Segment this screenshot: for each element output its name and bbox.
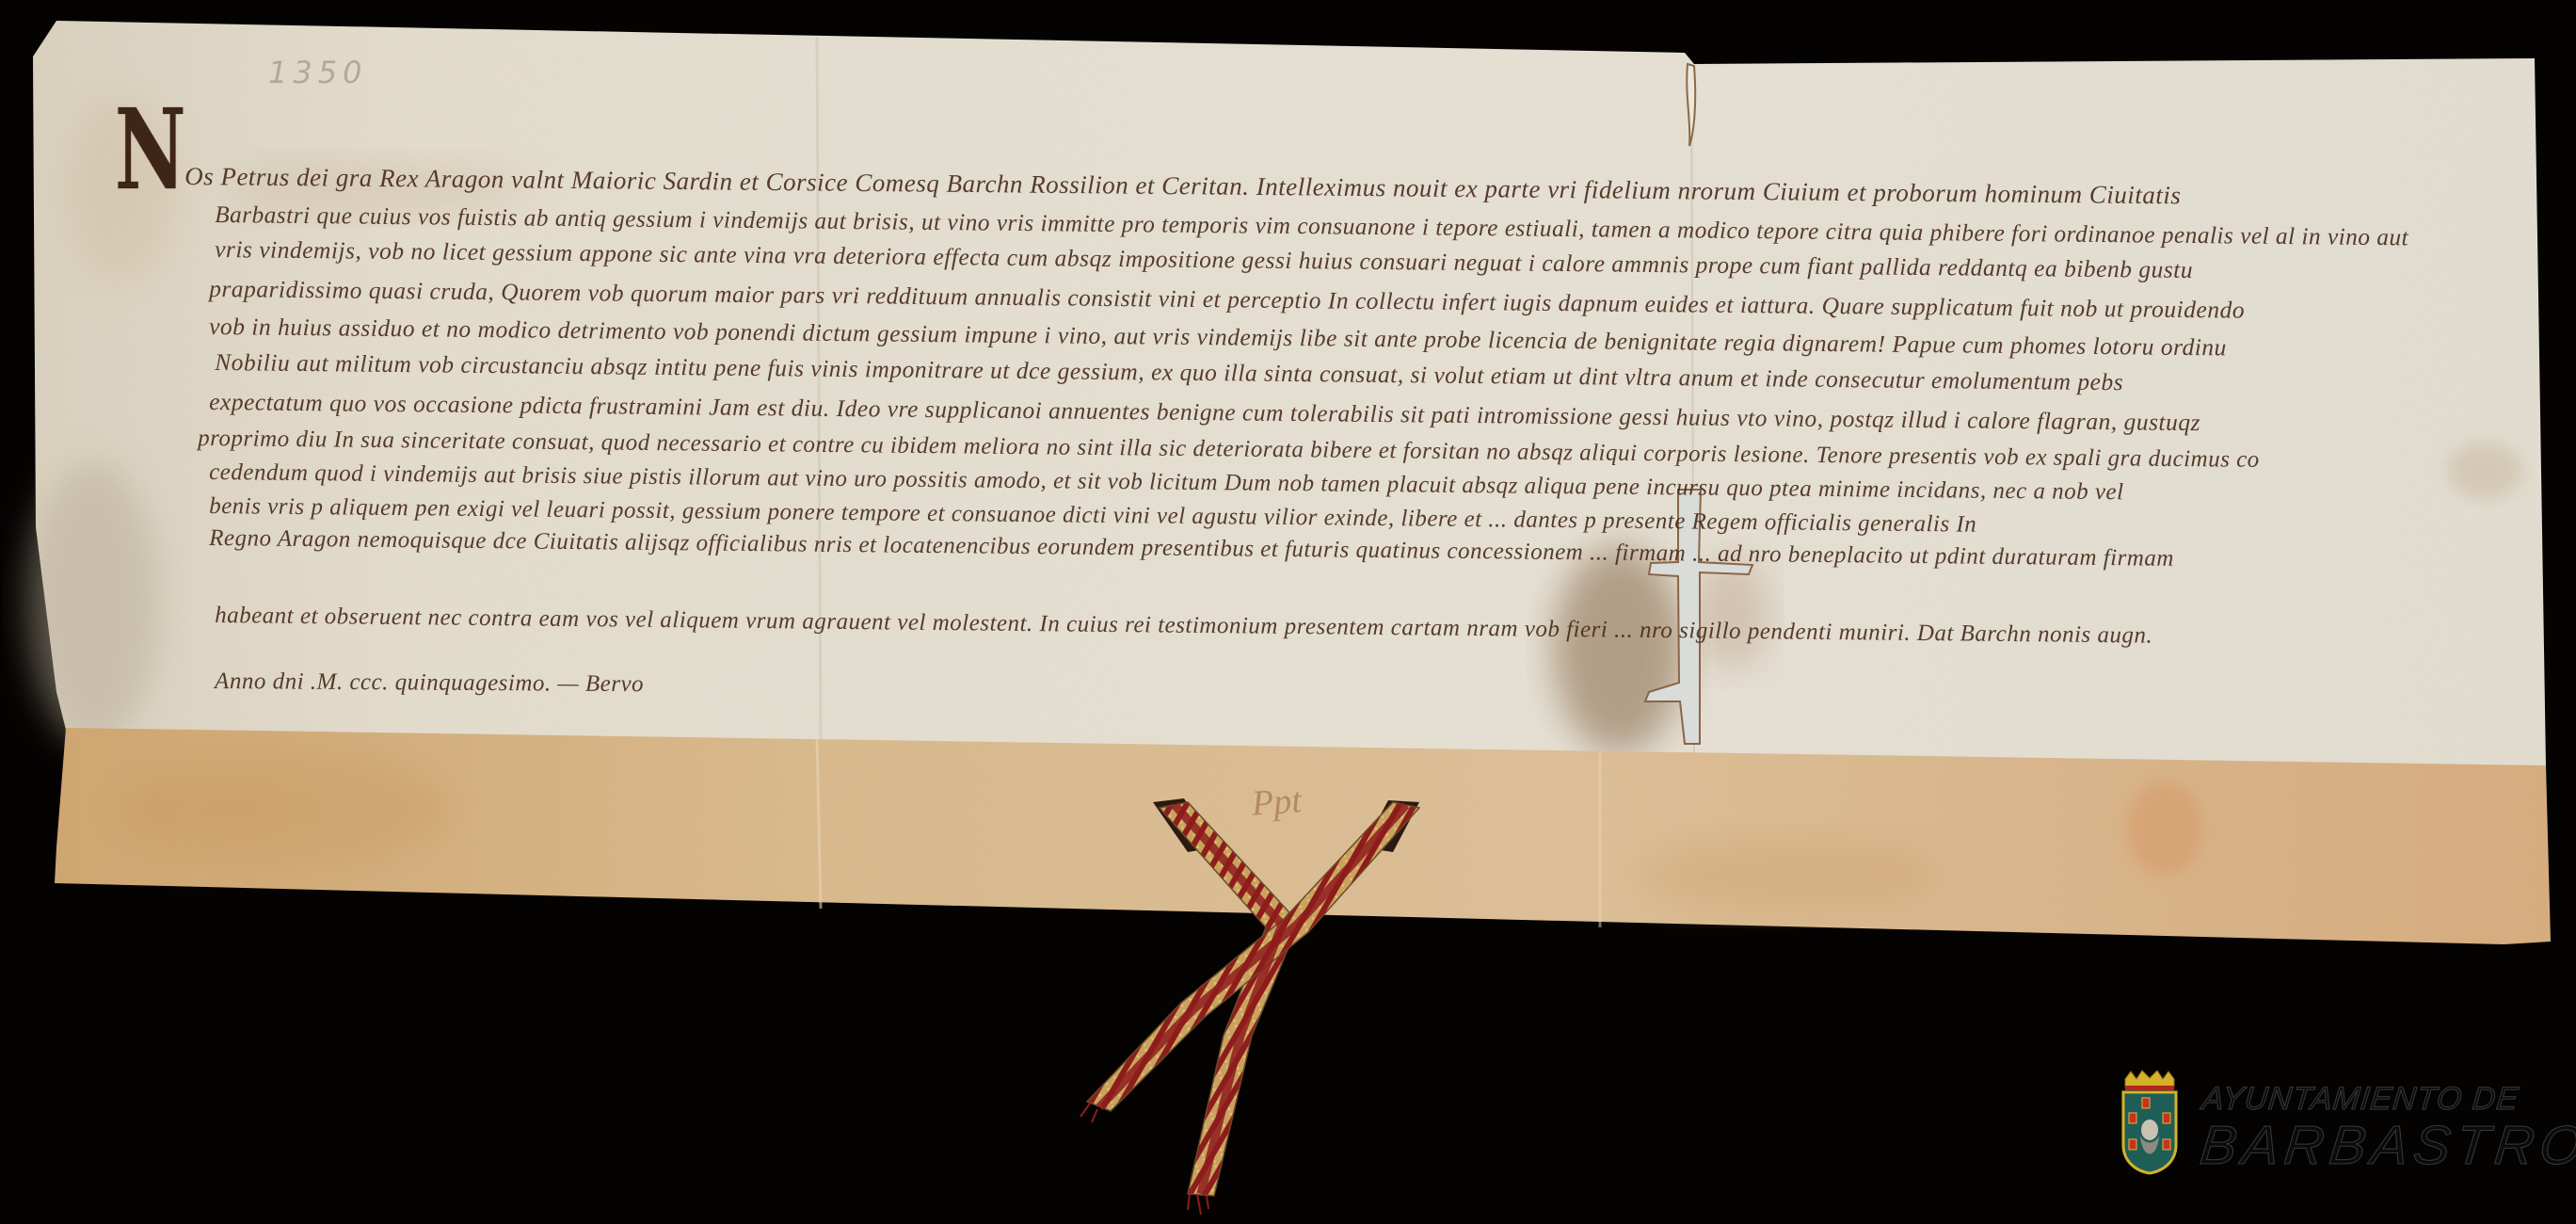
fold-strip-annotation: Ppt <box>1251 780 1304 825</box>
decorated-initial: N <box>115 94 186 205</box>
watermark-line-2: BARBASTRO <box>2198 1119 2576 1173</box>
watermark-line-1: AYUNTAMIENTO DE <box>2200 1081 2520 1118</box>
charter-photograph: 1350 N Os Petrus dei gra Rex Aragon valn… <box>0 0 2576 1224</box>
text-line-13: Anno dni .M. ccc. quinquagesimo. — Bervo <box>215 668 644 698</box>
coat-of-arms-icon <box>2120 1070 2180 1175</box>
ayuntamiento-barbastro-logo: AYUNTAMIENTO DE BARBASTRO <box>2120 1070 2534 1175</box>
archive-number: 1350 <box>268 55 367 90</box>
